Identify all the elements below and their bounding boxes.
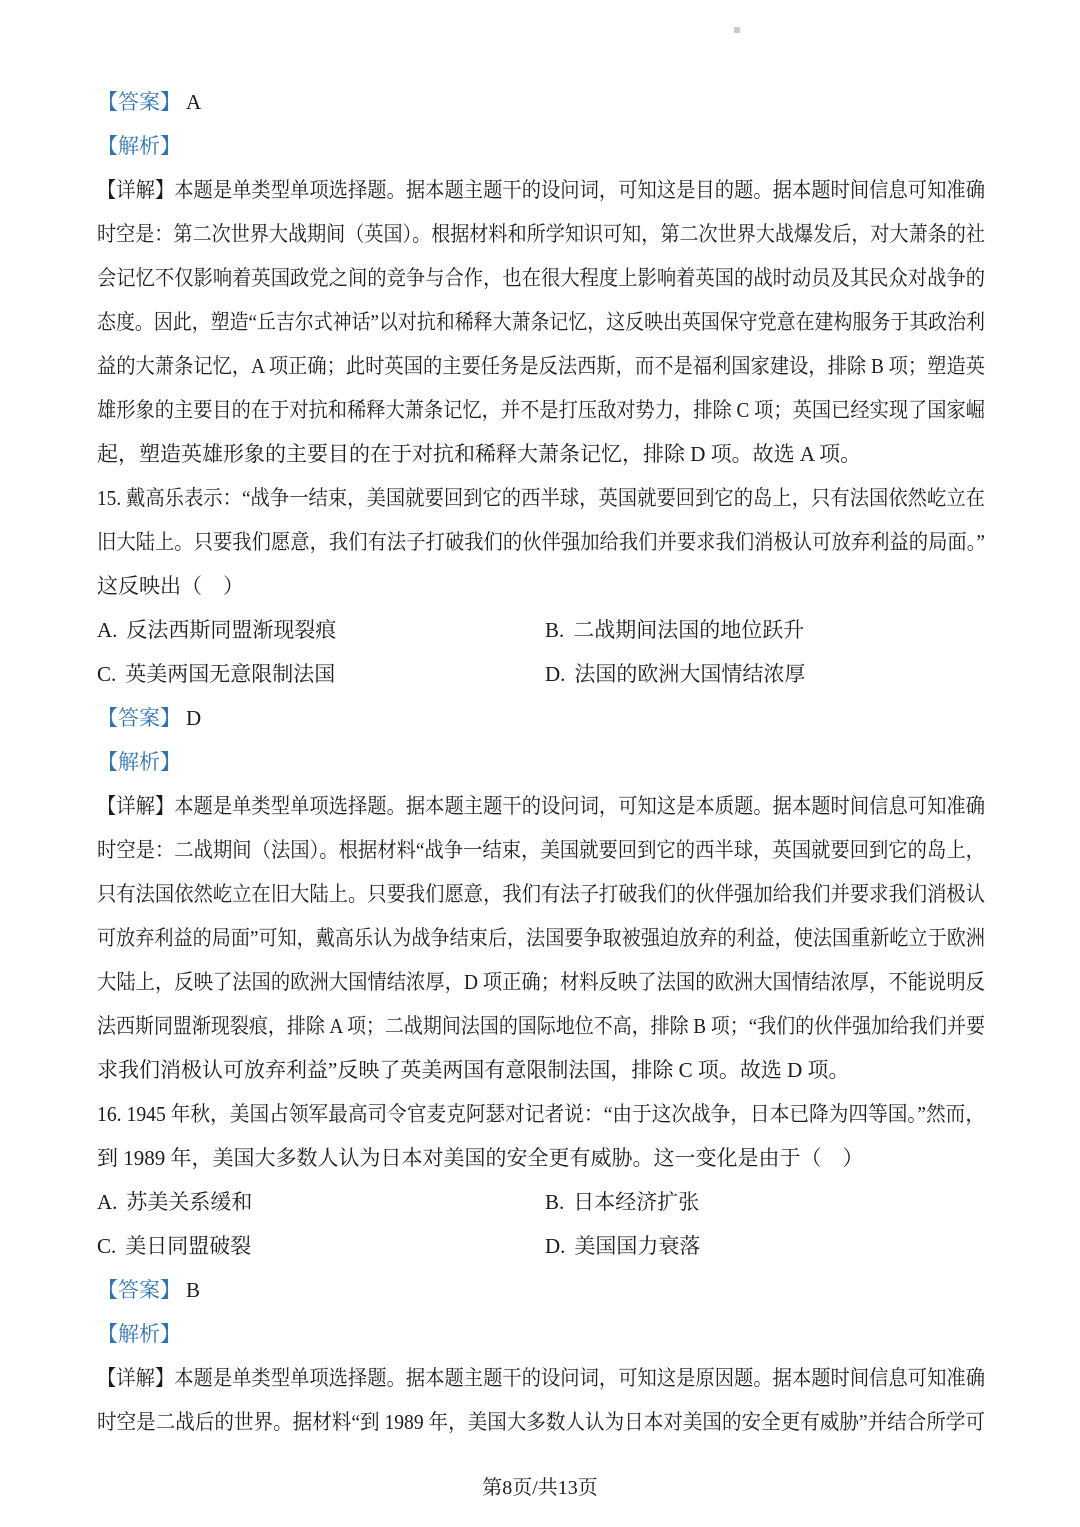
scan-speck	[734, 27, 740, 33]
q15-options-row: C.英美两国无意限制法国 D.法国的欧洲大国情结浓厚	[97, 652, 985, 696]
q15-detail-line: 法西斯同盟渐现裂痕，排除 A 项；二战期间法国的国际地位不高，排除 B 项；“我…	[97, 1004, 985, 1048]
q16-detail-line: 时空是二战后的世界。据材料“到 1989 年，美国大多数人认为日本对美国的安全更…	[97, 1400, 985, 1444]
option-key: B.	[545, 1190, 564, 1214]
stem-text: 到 1989 年，美国大多数人认为日本对美国的安全更有威胁。这一变化是由于（ ）	[97, 1146, 864, 1170]
q15-detail-line: 大陆上，反映了法国的欧洲大国情结浓厚，D 项正确；材料反映了法国的欧洲大国情结浓…	[97, 960, 985, 1004]
q15-option-c: C.英美两国无意限制法国	[97, 652, 335, 696]
analysis-label: 【解析】	[97, 750, 181, 774]
answer-value: D	[186, 706, 201, 730]
option-key: A.	[97, 618, 117, 642]
answer-label: 【答案】	[97, 706, 181, 730]
option-text: 反法西斯同盟渐现裂痕	[126, 618, 336, 642]
answer-value: A	[186, 90, 201, 114]
detail-text: 起，塑造英雄形象的主要目的在于对抗和稀释大萧条记忆，排除 D 项。故选 A 项。	[97, 442, 861, 466]
q14-detail-line: 态度。因此，塑造“丘吉尔式神话”以对抗和稀释大萧条记忆，这反映出英国保守党意在建…	[97, 300, 985, 344]
option-text: 法国的欧洲大国情结浓厚	[574, 662, 805, 686]
option-text: 二战期间法国的地位跃升	[573, 618, 804, 642]
detail-text: 时空是：第二次世界大战期间（英国）。根据材料和所学知识可知，第二次世界大战爆发后…	[97, 212, 985, 256]
stem-text: 16. 1945 年秋，美国占领军最高司令官麦克阿瑟对记者说：“由于这次战争，日…	[97, 1092, 985, 1136]
page-footer: 第8页/共13页	[0, 1476, 1080, 1500]
option-key: A.	[97, 1190, 117, 1214]
q14-detail-line: 会记忆不仅影响着英国政党之间的竞争与合作，也在很大程度上影响着英国的战时动员及其…	[97, 256, 985, 300]
q15-answer-line: 【答案】D	[97, 696, 985, 740]
q15-detail-line: 求我们消极认可放弃利益”反映了英美两国有意限制法国，排除 C 项。故选 D 项。	[97, 1048, 985, 1092]
detail-text: 只有法国依然屹立在旧大陆上。只要我们愿意，我们有法子打破我们的伙伴强加给我们并要…	[97, 872, 985, 916]
detail-text: 时空是：二战期间（法国）。根据材料“战争一结束，美国就要回到它的西半球，英国就要…	[97, 828, 985, 872]
q14-analysis-line: 【解析】	[97, 124, 985, 168]
option-text: 美日同盟破裂	[125, 1234, 251, 1258]
detail-text: 法西斯同盟渐现裂痕，排除 A 项；二战期间法国的国际地位不高，排除 B 项；“我…	[97, 1004, 985, 1048]
q16-options-row: C.美日同盟破裂 D.美国国力衰落	[97, 1224, 985, 1268]
detail-text: 【详解】本题是单类型单项选择题。据本题主题干的设问词，可知这是原因题。据本题时间…	[97, 1356, 985, 1400]
option-key: B.	[545, 618, 564, 642]
q15-option-d: D.法国的欧洲大国情结浓厚	[545, 652, 805, 696]
detail-text: 会记忆不仅影响着英国政党之间的竞争与合作，也在很大程度上影响着英国的战时动员及其…	[97, 256, 985, 300]
q15-options-row: A.反法西斯同盟渐现裂痕 B.二战期间法国的地位跃升	[97, 608, 985, 652]
detail-text: 求我们消极认可放弃利益”反映了英美两国有意限制法国，排除 C 项。故选 D 项。	[97, 1058, 850, 1082]
q16-stem-line: 到 1989 年，美国大多数人认为日本对美国的安全更有威胁。这一变化是由于（ ）	[97, 1136, 985, 1180]
q15-stem-line: 这反映出（ ）	[97, 564, 985, 608]
q15-detail-line: 【详解】本题是单类型单项选择题。据本题主题干的设问词，可知这是本质题。据本题时间…	[97, 784, 985, 828]
q16-stem-line: 16. 1945 年秋，美国占领军最高司令官麦克阿瑟对记者说：“由于这次战争，日…	[97, 1092, 985, 1136]
option-key: C.	[97, 662, 116, 686]
option-key: D.	[545, 662, 565, 686]
option-text: 苏美关系缓和	[126, 1190, 252, 1214]
answer-label: 【答案】	[97, 90, 181, 114]
q15-detail-line: 时空是：二战期间（法国）。根据材料“战争一结束，美国就要回到它的西半球，英国就要…	[97, 828, 985, 872]
detail-text: 大陆上，反映了法国的欧洲大国情结浓厚，D 项正确；材料反映了法国的欧洲大国情结浓…	[97, 960, 985, 1004]
stem-text: 15. 戴高乐表示：“战争一结束，美国就要回到它的西半球，英国就要回到它的岛上，…	[97, 476, 985, 520]
analysis-label: 【解析】	[97, 134, 181, 158]
answer-value: B	[186, 1278, 200, 1302]
q14-detail-line: 时空是：第二次世界大战期间（英国）。根据材料和所学知识可知，第二次世界大战爆发后…	[97, 212, 985, 256]
q15-option-a: A.反法西斯同盟渐现裂痕	[97, 608, 336, 652]
q15-stem-line: 旧大陆上。只要我们愿意，我们有法子打破我们的伙伴强加给我们并要求我们消极认可放弃…	[97, 520, 985, 564]
analysis-label: 【解析】	[97, 1322, 181, 1346]
q16-answer-line: 【答案】B	[97, 1268, 985, 1312]
q16-options-row: A.苏美关系缓和 B.日本经济扩张	[97, 1180, 985, 1224]
q14-detail-line: 雄形象的主要目的在于对抗和稀释大萧条记忆，并不是打压敌对势力，排除 C 项；英国…	[97, 388, 985, 432]
q16-option-b: B.日本经济扩张	[545, 1180, 699, 1224]
detail-text: 可放弃利益的局面”可知，戴高乐认为战争结束后，法国要争取被强迫放弃的利益，使法国…	[97, 916, 985, 960]
detail-text: 时空是二战后的世界。据材料“到 1989 年，美国大多数人认为日本对美国的安全更…	[97, 1400, 985, 1444]
stem-text: 旧大陆上。只要我们愿意，我们有法子打破我们的伙伴强加给我们并要求我们消极认可放弃…	[97, 520, 985, 564]
q15-detail-line: 可放弃利益的局面”可知，戴高乐认为战争结束后，法国要争取被强迫放弃的利益，使法国…	[97, 916, 985, 960]
q16-option-c: C.美日同盟破裂	[97, 1224, 251, 1268]
detail-text: 雄形象的主要目的在于对抗和稀释大萧条记忆，并不是打压敌对势力，排除 C 项；英国…	[97, 388, 985, 432]
q16-detail-line: 【详解】本题是单类型单项选择题。据本题主题干的设问词，可知这是原因题。据本题时间…	[97, 1356, 985, 1400]
option-text: 日本经济扩张	[573, 1190, 699, 1214]
q14-detail-line: 【详解】本题是单类型单项选择题。据本题主题干的设问词，可知这是目的题。据本题时间…	[97, 168, 985, 212]
option-text: 美国国力衰落	[574, 1234, 700, 1258]
q14-detail-line: 益的大萧条记忆，A 项正确；此时英国的主要任务是反法西斯，而不是福利国家建设，排…	[97, 344, 985, 388]
q14-detail-line: 起，塑造英雄形象的主要目的在于对抗和稀释大萧条记忆，排除 D 项。故选 A 项。	[97, 432, 985, 476]
detail-text: 态度。因此，塑造“丘吉尔式神话”以对抗和稀释大萧条记忆，这反映出英国保守党意在建…	[97, 300, 985, 344]
q16-option-a: A.苏美关系缓和	[97, 1180, 252, 1224]
option-key: D.	[545, 1234, 565, 1258]
q15-option-b: B.二战期间法国的地位跃升	[545, 608, 804, 652]
q16-analysis-line: 【解析】	[97, 1312, 985, 1356]
q15-analysis-line: 【解析】	[97, 740, 985, 784]
detail-text: 益的大萧条记忆，A 项正确；此时英国的主要任务是反法西斯，而不是福利国家建设，排…	[97, 344, 985, 388]
page-content: 【答案】A 【解析】 【详解】本题是单类型单项选择题。据本题主题干的设问词，可知…	[97, 80, 985, 1444]
answer-label: 【答案】	[97, 1278, 181, 1302]
stem-text: 这反映出（ ）	[97, 574, 244, 598]
q15-stem-line: 15. 戴高乐表示：“战争一结束，美国就要回到它的西半球，英国就要回到它的岛上，…	[97, 476, 985, 520]
exam-answer-page: 【答案】A 【解析】 【详解】本题是单类型单项选择题。据本题主题干的设问词，可知…	[0, 0, 1080, 1527]
q15-detail-line: 只有法国依然屹立在旧大陆上。只要我们愿意，我们有法子打破我们的伙伴强加给我们并要…	[97, 872, 985, 916]
option-text: 英美两国无意限制法国	[125, 662, 335, 686]
q14-answer-line: 【答案】A	[97, 80, 985, 124]
detail-text: 【详解】本题是单类型单项选择题。据本题主题干的设问词，可知这是本质题。据本题时间…	[97, 784, 985, 828]
detail-text: 【详解】本题是单类型单项选择题。据本题主题干的设问词，可知这是目的题。据本题时间…	[97, 168, 985, 212]
q16-option-d: D.美国国力衰落	[545, 1224, 700, 1268]
option-key: C.	[97, 1234, 116, 1258]
